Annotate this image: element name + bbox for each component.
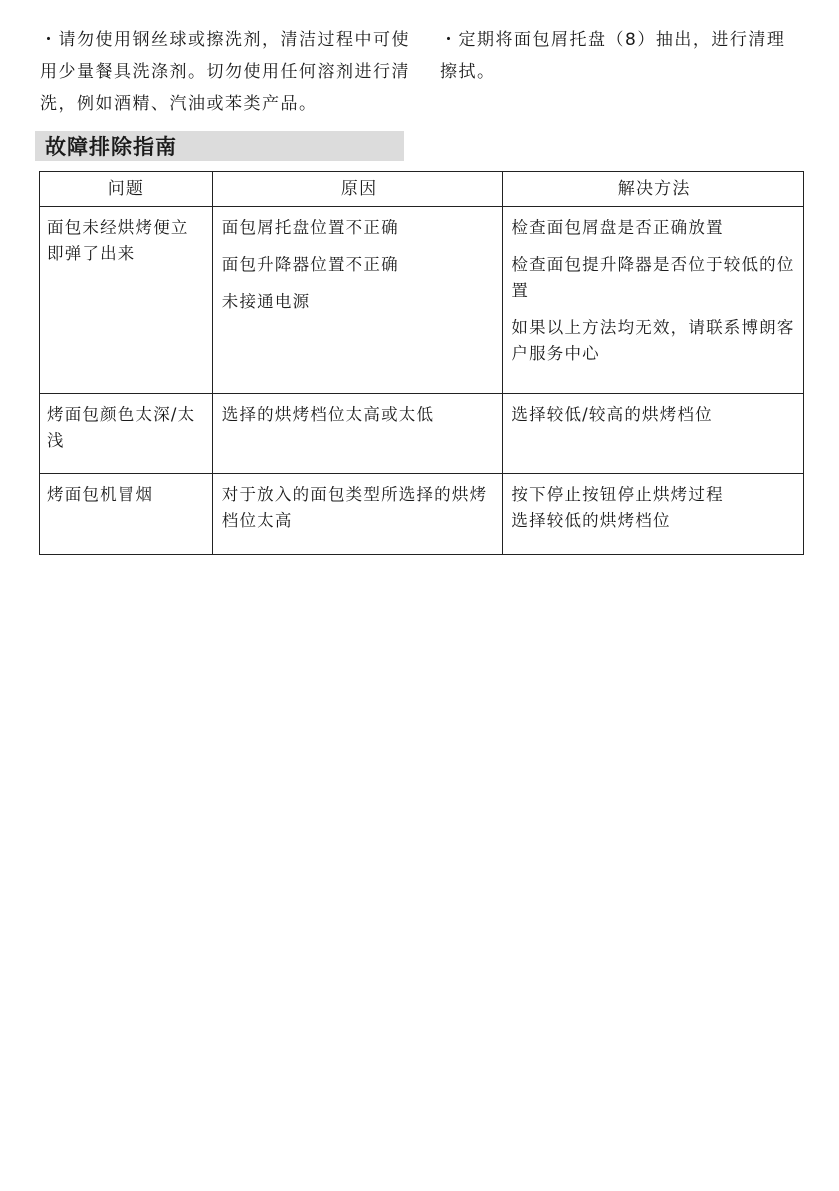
solution-item: 按下停止按钮停止烘烤过程 <box>511 482 797 508</box>
problem-cell: 烤面包机冒烟 <box>40 474 213 555</box>
cause-item: 未接通电源 <box>222 289 497 315</box>
solution-cell: 选择较低/较高的烘烤档位 <box>503 394 804 474</box>
table-row: 面包未经烘烤便立即弹了出来 面包屑托盘位置不正确 面包升降器位置不正确 未接通电… <box>40 207 804 394</box>
section-title-troubleshooting: 故障排除指南 <box>35 131 404 161</box>
problem-cell: 面包未经烘烤便立即弹了出来 <box>40 207 213 394</box>
solution-item: 如果以上方法均无效，请联系博朗客户服务中心 <box>511 315 797 367</box>
cause-item: 面包屑托盘位置不正确 <box>222 215 497 241</box>
solution-item: 检查面包屑盘是否正确放置 <box>511 215 797 241</box>
troubleshooting-table: 问题 原因 解决方法 面包未经烘烤便立即弹了出来 面包屑托盘位置不正确 面包升降… <box>39 171 804 555</box>
header-solution: 解决方法 <box>503 172 804 207</box>
table-header-row: 问题 原因 解决方法 <box>40 172 804 207</box>
header-problem: 问题 <box>40 172 213 207</box>
cleaning-note-left: ・请勿使用钢丝球或擦洗剂，清洁过程中可使用少量餐具洗涤剂。切勿使用任何溶剂进行清… <box>40 24 410 120</box>
cause-cell: 选择的烘烤档位太高或太低 <box>212 394 503 474</box>
cause-item: 面包升降器位置不正确 <box>222 252 497 278</box>
problem-cell: 烤面包颜色太深/太浅 <box>40 394 213 474</box>
solution-item: 检查面包提升降器是否位于较低的位置 <box>511 252 797 304</box>
cause-cell: 面包屑托盘位置不正确 面包升降器位置不正确 未接通电源 <box>212 207 503 394</box>
table-row: 烤面包机冒烟 对于放入的面包类型所选择的烘烤档位太高 按下停止按钮停止烘烤过程 … <box>40 474 804 555</box>
cleaning-note-right: ・定期将面包屑托盘（8）抽出，进行清理擦拭。 <box>440 24 800 88</box>
solution-item: 选择较低/较高的烘烤档位 <box>511 402 797 428</box>
table-row: 烤面包颜色太深/太浅 选择的烘烤档位太高或太低 选择较低/较高的烘烤档位 <box>40 394 804 474</box>
cause-item: 选择的烘烤档位太高或太低 <box>222 402 497 428</box>
cause-cell: 对于放入的面包类型所选择的烘烤档位太高 <box>212 474 503 555</box>
solution-cell: 按下停止按钮停止烘烤过程 选择较低的烘烤档位 <box>503 474 804 555</box>
header-cause: 原因 <box>212 172 503 207</box>
solution-cell: 检查面包屑盘是否正确放置 检查面包提升降器是否位于较低的位置 如果以上方法均无效… <box>503 207 804 394</box>
cause-item: 对于放入的面包类型所选择的烘烤档位太高 <box>222 482 497 534</box>
solution-item: 选择较低的烘烤档位 <box>511 508 797 534</box>
